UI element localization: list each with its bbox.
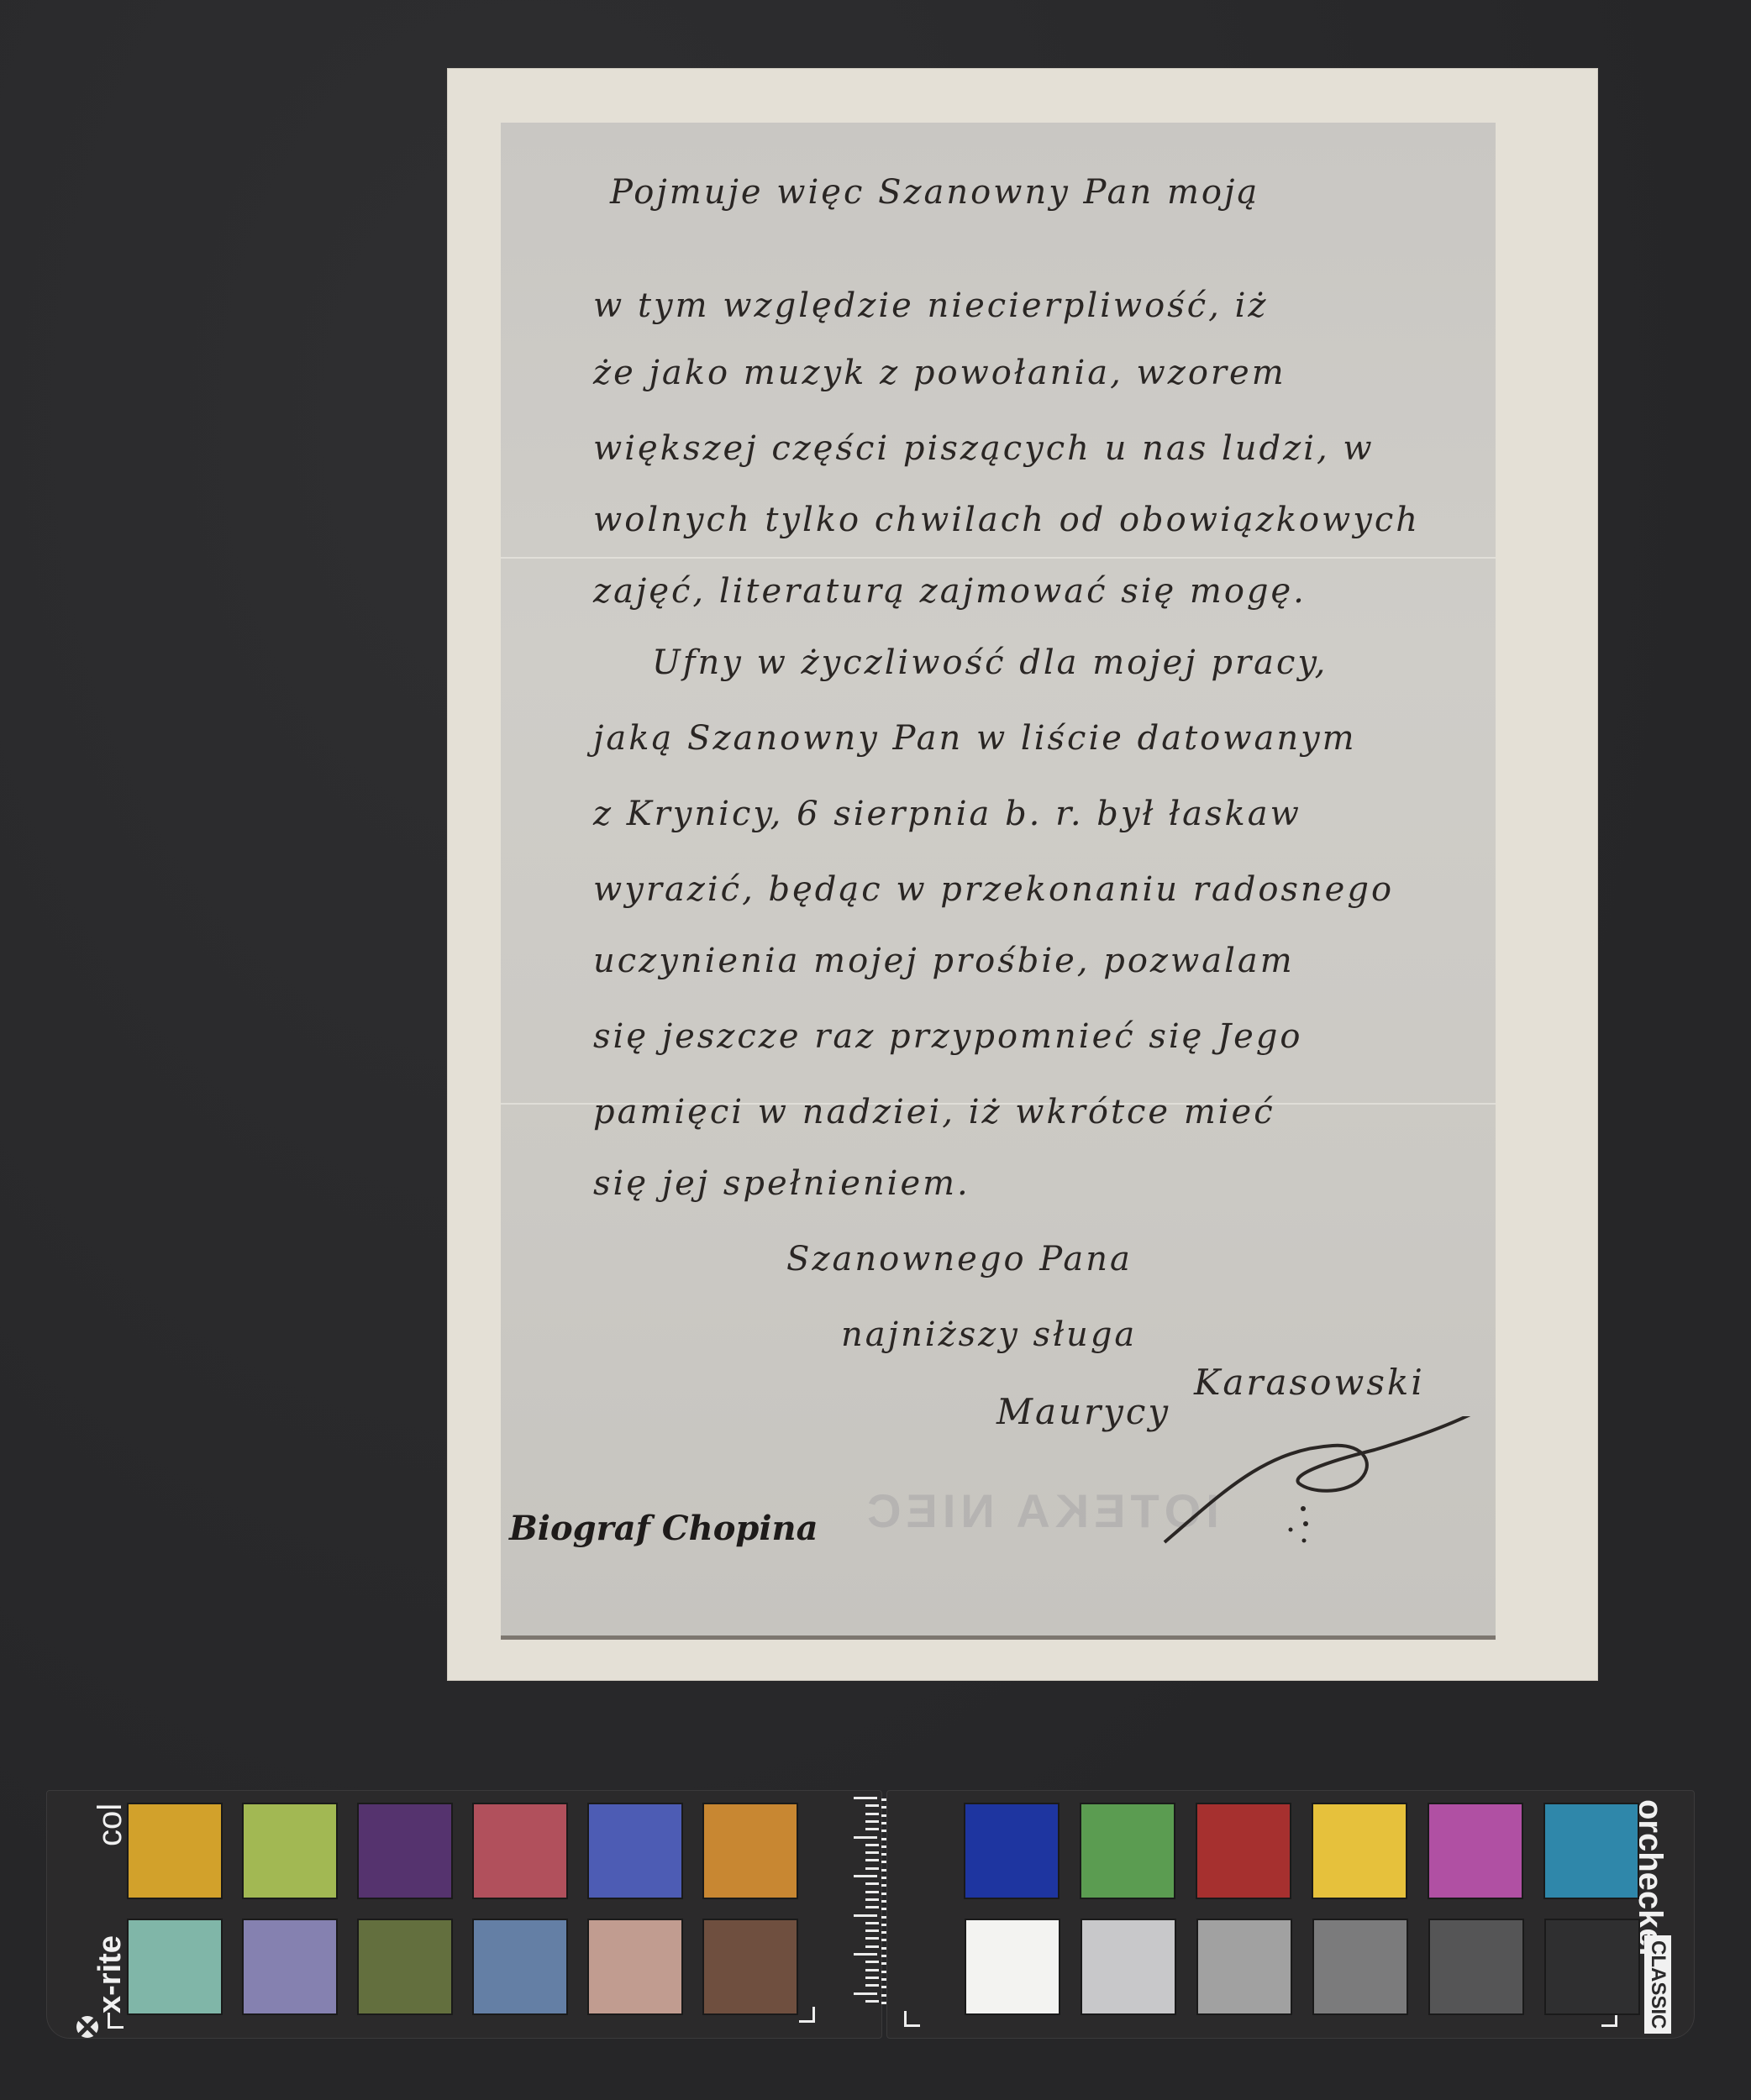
- letter-line-11: uczynienia mojej prośbie, pozwalam: [593, 942, 1295, 980]
- letter-line-8: jaką Szanowny Pan w liście datowanym: [593, 719, 1357, 758]
- color-patch: [1545, 1804, 1638, 1898]
- color-patch: [1081, 1804, 1174, 1898]
- color-patch: [244, 1920, 336, 2013]
- ruler-tick: [865, 1867, 879, 1870]
- letter-line-9: z Krynicy, 6 sierpnia b. r. był łaskaw: [593, 795, 1301, 833]
- classic-badge: CLASSIC: [1644, 1935, 1671, 2034]
- ruler-tick: [865, 1828, 879, 1830]
- corner-mark: [799, 2007, 815, 2023]
- ruler-tick: [854, 1875, 877, 1877]
- ruler-tick: [865, 1961, 879, 1963]
- color-patch: [1313, 1804, 1406, 1898]
- color-patch: [1546, 1920, 1638, 2013]
- color-checker-right-card: orchecker CLASSIC: [886, 1790, 1695, 2039]
- letter-line-10: wyrazić, będąc w przekonaniu radosnego: [593, 870, 1394, 909]
- corner-mark: [108, 2013, 124, 2029]
- color-patch: [704, 1920, 797, 2013]
- annotation-biograf-chopina: Biograf Chopina: [509, 1509, 818, 1548]
- letter-line-6: zajęć, literaturą zajmować się mogę.: [593, 572, 1307, 611]
- signature-first-name: Maurycy: [996, 1391, 1170, 1432]
- ruler-tick: [854, 1914, 877, 1917]
- letter-line-13: pamięci w nadziei, iż wkrótce mieć: [593, 1093, 1275, 1131]
- ruler-tick: [865, 2000, 879, 2003]
- letter-photograph: IOTEKA NIEC Pojmuje więc Szanowny Pan mo…: [501, 123, 1496, 1640]
- color-patch: [359, 1804, 451, 1898]
- letter-line-4: większej części piszących u nas ludzi, w: [593, 429, 1375, 468]
- letter-line-5: wolnych tylko chwilach od obowiązkowych: [593, 501, 1420, 539]
- color-patch: [244, 1804, 336, 1898]
- ruler-tick: [865, 1945, 879, 1948]
- corner-mark: [904, 2011, 920, 2027]
- color-patch: [1082, 1920, 1175, 2013]
- ruler-tick: [865, 1969, 879, 1971]
- ruler-tick: [865, 1804, 879, 1807]
- color-patch: [589, 1920, 681, 2013]
- closing-salutation: Szanownego Pana: [786, 1240, 1133, 1278]
- color-patch: [965, 1804, 1058, 1898]
- ruler-tick: [865, 1906, 879, 1908]
- letter-line-7: Ufny w życzliwość dla mojej pracy,: [652, 643, 1328, 682]
- color-patch: [704, 1804, 797, 1898]
- ruler-tick: [865, 1882, 879, 1885]
- color-patch: [1198, 1920, 1291, 2013]
- color-patch: [129, 1920, 221, 2013]
- color-patch: [966, 1920, 1059, 2013]
- ruler-tick: [854, 1836, 877, 1839]
- ruler-tick: [854, 1953, 877, 1956]
- signature-flourish: [1156, 1416, 1492, 1559]
- xrite-brand: x-rite: [92, 1935, 129, 2013]
- color-patch: [589, 1804, 681, 1898]
- ruler-tick: [865, 1813, 879, 1815]
- ruler-tick: [865, 1937, 879, 1940]
- color-patch: [1197, 1804, 1290, 1898]
- ruler-tick: [865, 1929, 879, 1932]
- xrite-logo-icon: [75, 2014, 100, 2040]
- color-patch: [359, 1920, 451, 2013]
- color-patch: [1430, 1920, 1522, 2013]
- col-label: col: [92, 1803, 129, 1846]
- ruler-tick: [865, 1859, 879, 1861]
- letter-line-2: w tym względzie niecierpliwość, iż: [593, 286, 1268, 325]
- color-patch: [129, 1804, 221, 1898]
- ruler-tick: [854, 1992, 877, 1995]
- color-patch: [474, 1804, 566, 1898]
- ruler-tick: [854, 1797, 877, 1799]
- letter-line-3: że jako muzyk z powołania, wzorem: [593, 354, 1286, 392]
- color-patch: [474, 1920, 566, 2013]
- closing-servant: najniższy sługa: [841, 1315, 1137, 1354]
- ruler-tick: [865, 1851, 879, 1854]
- ruler-tick: [865, 1844, 879, 1846]
- letter-line-12: się jeszcze raz przypomnieć się Jego: [593, 1017, 1302, 1056]
- ruler-tick: [865, 1898, 879, 1901]
- signature-surname: Karasowski: [1194, 1362, 1425, 1403]
- ruler-tick: [865, 1984, 879, 1987]
- color-checker-left-card: col x-rite: [46, 1790, 882, 2039]
- ruler-tick: [865, 1977, 879, 1979]
- fold-line: [501, 557, 1496, 559]
- ruler-tick: [865, 1922, 879, 1924]
- color-patch: [1429, 1804, 1522, 1898]
- ruler-tick: [865, 1820, 879, 1823]
- letter-line-14: się jej spełnieniem.: [593, 1164, 970, 1203]
- letter-line-1: Pojmuje więc Szanowny Pan moją: [610, 173, 1259, 212]
- color-patch: [1314, 1920, 1407, 2013]
- ruler-tick: [865, 1891, 879, 1893]
